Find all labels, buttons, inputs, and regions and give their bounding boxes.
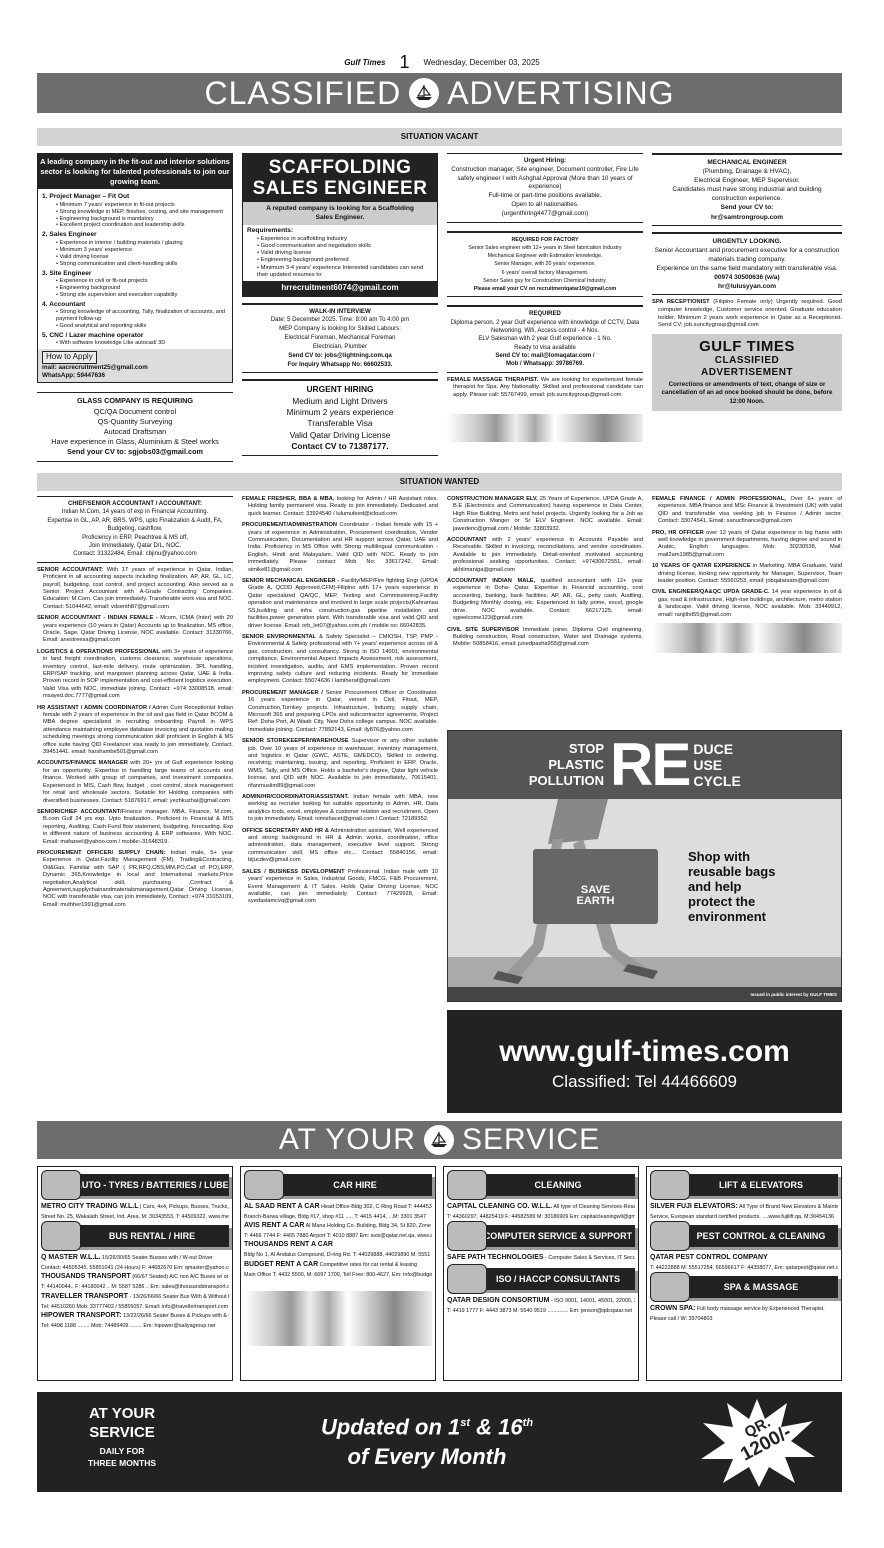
walkin-inquiry: For Inquiry Whatsapp No: 66602533. — [244, 361, 436, 370]
listing-detail: T: 44222888 M: 55517254, 66596617 F: 443… — [650, 1265, 838, 1271]
service-header: BUS RENTAL / HIRE — [41, 1221, 229, 1251]
glass-company-ad: GLASS COMPANY IS REQUIRING QC/QA Documen… — [37, 392, 233, 461]
service-listing-line: THOUSANDS TRANSPORT (66/67 Seated) A/C n… — [41, 1272, 229, 1283]
role-point: • Strong knowledge of accounting, Tally,… — [42, 309, 228, 323]
service-listing-line: TRAVELLER TRANSPORT - 13/26/66/66 Seater… — [41, 1292, 229, 1303]
classified-ad: HR ASSISTANT / ADMIN COORDINATOR / Admin… — [37, 705, 233, 757]
walkin-line: MEP Company is looking for Skilled Labou… — [244, 325, 436, 334]
service-listing-line: Branch-Barwa village, Bldg #17, shop #11… — [244, 1213, 432, 1221]
listing-detail: T: 44360297, 44825419 F: 44582589 M: 301… — [447, 1214, 635, 1220]
scaffolding-points: • Experience in scaffolding industry• Go… — [247, 236, 433, 279]
dhow-boat-icon — [409, 78, 439, 108]
mech-title: MECHANICAL ENGINEER — [654, 158, 840, 167]
looking-phone: 00974 30500636 (w/a) — [654, 273, 840, 282]
classified-ad: ACCOUNTANT with 2 years' experience in A… — [447, 537, 643, 574]
decorative-gradient — [244, 1291, 432, 1346]
pest-control-icon — [650, 1221, 690, 1251]
service-category: CAR HIREAL SAAD RENT A CAR Head Office-B… — [244, 1170, 432, 1279]
ad-lead: LOGISTICS & OPERATIONS PROFESSIONAL — [37, 649, 160, 655]
bag-line: EARTH — [533, 896, 658, 907]
service-listing-line: Contact: 44505345, 55851041 (24 Hours) F… — [41, 1264, 229, 1272]
service-listing-line: T: 44360297, 44825419 F: 44582589 M: 301… — [447, 1213, 635, 1221]
listing-detail: All type of Cleaning Services-Reasonable… — [552, 1204, 635, 1210]
role-title: 4. Accountant — [42, 301, 228, 309]
listing-detail: All Type of Brand New Elevators & Mainte… — [738, 1204, 838, 1210]
promo-tagline: Shop with reusable bags and help protect… — [688, 849, 775, 924]
service-listing-line: HIPOWER TRANSPORT: 13/22/26/66 Seater Bu… — [41, 1311, 229, 1322]
car-icon — [244, 1170, 284, 1200]
service-category: SPA & MASSAGECROWN SPA: Full body massag… — [650, 1272, 838, 1323]
classified-ad: SENIOR ENVIRONMENTAL & Safety Specialist… — [242, 634, 438, 686]
listing-detail: Tel: 4498 1188 ........ Mob: 74489409 ..… — [41, 1323, 215, 1329]
promo-line: POLLUTION — [448, 773, 604, 789]
ad-lead: ACCOUNTS/FINANCE MANAGER — [37, 760, 128, 766]
role-point: • Experience in civil or fit-out project… — [42, 278, 228, 285]
glass-line: Autocad Draftsman — [39, 427, 231, 437]
service-header: COMPUTER SERVICE & SUPPORT — [447, 1221, 635, 1251]
role-point: • Experience in interior / building mate… — [42, 240, 228, 247]
classified-ad: PROCUREMENT OFFICER/ SUPPLY CHAIN: India… — [37, 850, 233, 909]
service-listing-line: Tel: 44510260 Mob: 33777402 / 55855057. … — [41, 1303, 229, 1311]
ad-body: Indian male, 5+ year Experience in Qatar… — [43, 850, 233, 908]
service-listing-line: Q MASTER W.L.L. 15/26/30/65 Seater Busse… — [41, 1253, 229, 1264]
ad-body: Facility/MEP/Fire fighting Engr (UPDA Gr… — [248, 578, 438, 628]
notice-title: GULF TIMES — [656, 339, 838, 355]
footer-left: AT YOUR SERVICE DAILY FOR THREE MONTHS — [67, 1404, 177, 1469]
drivers-line: Medium and Light Drivers — [244, 396, 436, 407]
wanted-col1-list: SENIOR ACCOUNTANT: With 17 years of expe… — [37, 567, 233, 909]
service-title: ISO / HACCP CONSULTANTS — [481, 1268, 635, 1290]
urgent-email[interactable]: (urgenthiring4477@gmail.com) — [449, 210, 641, 219]
requirements-label: Requirements: — [247, 227, 293, 234]
classified-ad: CONSTRUCTION MANAGER ELV, 25 Years of Ex… — [447, 496, 643, 533]
update-sup: th — [523, 1417, 533, 1429]
scaffolding-sub: A reputed company is looking for a Scaff… — [243, 202, 437, 225]
ad-lead: PROCUREMENT/ADMINISTRATION — [242, 522, 337, 528]
classified-ad: PROCUREMENT/ADMINISTRATION Coordinator -… — [242, 522, 438, 574]
fitout-apply: How to Apply mail: aacrecruitment25@gmai… — [38, 349, 232, 382]
service-listing-line: CROWN SPA: Full body massage service by … — [650, 1304, 838, 1315]
required-line: Ready to visa available — [449, 344, 641, 352]
required-mob: Mob / Whatsapp: 39786769. — [449, 360, 641, 368]
wanted-col-3: CONSTRUCTION MANAGER ELV, 25 Years of Ex… — [447, 496, 643, 653]
role-point: • With software knowledge Like autocad/ … — [42, 340, 228, 347]
classified-phone: Classified: Tel 44466609 — [447, 1072, 842, 1092]
promo-line: DUCE — [693, 741, 740, 757]
company-name: AL SAAD RENT A CAR — [244, 1203, 320, 1210]
service-listing-line: QATAR PEST CONTROL COMPANY — [650, 1253, 838, 1264]
drivers-title: URGENT HIRING — [244, 384, 436, 395]
urgently-looking-ad: URGENTLY LOOKING. Senior Accountant and … — [652, 232, 842, 295]
listing-detail: T: 44140044.. F: 44180042 .. M: 5587 528… — [41, 1284, 229, 1290]
boxed-title: CHIEF/SENIOR ACCOUNTANT / ACCOUNTANT: — [39, 500, 231, 508]
vacant-col-3: Urgent Hiring: Construction manager, Sit… — [447, 153, 643, 442]
ad-lead: SENIOR ACCOUNTANT - INDIAN FEMALE - — [37, 615, 158, 621]
bus-icon — [41, 1221, 81, 1251]
mech-line: (Plumbing, Drainage & HVAC), — [654, 167, 840, 176]
massage-therapist-ad: FEMALE MASSAGE THERAPIST. We are looking… — [447, 377, 643, 400]
elevator-icon — [650, 1170, 690, 1200]
company-name: BUDGET RENT A CAR — [244, 1261, 318, 1268]
banner-right: SERVICE — [462, 1123, 600, 1157]
requirement-point: • Engineering background preferred — [247, 257, 433, 264]
ad-lead: FEMALE MASSAGE THERAPIST. — [447, 377, 538, 383]
footer-update-note: Updated on 1st & 16th of Every Month — [307, 1408, 547, 1472]
role-title: 2. Sales Engineer — [42, 231, 228, 239]
company-name: HIPOWER TRANSPORT: — [41, 1312, 122, 1319]
mech-email[interactable]: hr@samtrongroup.com — [654, 213, 840, 222]
glass-cv[interactable]: Send your CV to: sgjobs03@gmail.com — [39, 447, 231, 457]
boxed-contact[interactable]: Contact: 31322484, Email: cbjinu@yahoo.c… — [39, 550, 231, 558]
ad-lead: ACCOUNTANT INDIAN MALE, — [447, 578, 535, 584]
classified-ad: OFFICE SECRETARY AND HR & Administration… — [242, 828, 438, 865]
ad-body: Senior Procurement Officer or Coordinato… — [248, 690, 438, 733]
service-listing-line: SILVER FUJI ELEVATORS: All Type of Brand… — [650, 1202, 838, 1213]
ad-lead: SENIOR STOREKEEPER/WAREHOUSE — [242, 738, 349, 744]
service-title: CAR HIRE — [278, 1174, 432, 1196]
section-situation-wanted: SITUATION WANTED — [37, 473, 842, 491]
classified-ad: CIVIL SITE SUPERVISOR Immediate joiner. … — [447, 627, 643, 649]
company-name: AVIS RENT A CAR — [244, 1222, 304, 1229]
tagline-line: reusable bags — [688, 864, 775, 879]
company-name: SAFE PATH TECHNOLOGIES — [447, 1254, 544, 1261]
looking-title: URGENTLY LOOKING. — [654, 237, 840, 246]
required-line: Diploma person, 2 year Gulf experience w… — [449, 319, 641, 336]
role-point: • Strong knowledge in MEP, finishes, cos… — [42, 209, 228, 216]
glass-line: Have experience in Glass, Aluminium & St… — [39, 437, 231, 447]
walkin-cv[interactable]: Send CV to: jobs@lightning.com.qa — [244, 352, 436, 361]
promo-header: STOP PLASTIC POLLUTION RE DUCE USE CYCLE — [448, 731, 841, 799]
service-listing-line: THOUSANDS RENT A CAR — [244, 1240, 432, 1251]
company-name: CROWN SPA: — [650, 1305, 695, 1312]
service-header: CLEANING — [447, 1170, 635, 1200]
ad-lead: SALES / BUSINESS DEVELOPMENT — [242, 869, 345, 875]
spa-icon — [650, 1272, 690, 1302]
ad-body: qualified accountant with 12+ year exper… — [453, 578, 643, 621]
ad-lead: 10 YEARS OF QATAR EXPERIENCE — [652, 563, 751, 569]
company-name: QATAR PEST CONTROL COMPANY — [650, 1254, 768, 1261]
wanted-col2-list: FEMALE FRESHER, BBA & MBA, looking for A… — [242, 496, 438, 906]
at-your-service-banner: AT YOUR SERVICE — [37, 1121, 842, 1159]
service-category: AUTO - TYRES / BATTERIES / LUBE - CHANGI… — [41, 1170, 229, 1221]
classified-ad: SENIOR ACCOUNTANT: With 17 years of expe… — [37, 567, 233, 611]
factory-line: 6 years' overall factory Management. — [449, 269, 641, 277]
fitout-roles: 1. Project Manager – Fit Out• Minimum 7 … — [38, 189, 232, 349]
service-listing-line: T: 44140044.. F: 44180042 .. M: 5587 528… — [41, 1283, 229, 1291]
wanted-col-2: FEMALE FRESHER, BBA & MBA, looking for A… — [242, 496, 438, 910]
ad-lead: ACCOUNTANT — [447, 537, 487, 543]
ad-lead: PRO, HR OFFICER — [652, 530, 704, 536]
ad-lead: CIVIL SITE SUPERVISOR — [447, 627, 519, 633]
service-header: SPA & MASSAGE — [650, 1272, 838, 1302]
service-title: AUTO - TYRES / BATTERIES / LUBE - CHANGI… — [75, 1174, 229, 1196]
classified-ad: SENIOR/CHIEF ACCOUNTANT/Finance manager.… — [37, 809, 233, 846]
role-point: • Good analytical and reporting skills — [42, 323, 228, 330]
ad-body: & Safety Specialist – CMIOSH, TSP, PMP -… — [248, 634, 438, 684]
role-point: • Strong site supervision and execution … — [42, 292, 228, 299]
computer-icon — [447, 1221, 487, 1251]
drivers-line: Minimum 2 years experience — [244, 407, 436, 418]
mech-line: Electrical Engineer, MEP Supervisor. — [654, 176, 840, 185]
walkin-line: Electrical Foreman, Mechanical Foreman — [244, 334, 436, 343]
vacant-col-4: MECHANICAL ENGINEER (Plumbing, Drainage … — [652, 153, 842, 411]
factory-cv[interactable]: Please email your CV on recruitmentqatar… — [449, 285, 641, 293]
banner-right: ADVERTISING — [447, 75, 674, 112]
listing-detail: | Cars, 4x4, Pickups, Busses, Trucks, Fo… — [138, 1204, 229, 1210]
listing-detail: Bldg No 1, Al Andalus Compound, D-ring R… — [244, 1252, 432, 1258]
scaffolding-title-2: SALES ENGINEER — [243, 178, 437, 199]
factory-line: Senior Manager, with 20 years' experienc… — [449, 260, 641, 268]
ad-lead: PROCUREMENT MANAGER / — [242, 690, 323, 696]
re-letters: RE — [610, 735, 689, 795]
service-category: PEST CONTROL & CLEANINGQATAR PEST CONTRO… — [650, 1221, 838, 1272]
glass-line: QS-Quantity Surveying — [39, 417, 231, 427]
listing-detail: Main Office T: 4432 5500, M: 6697 1700, … — [244, 1272, 432, 1278]
website-banner: www.gulf-times.com Classified: Tel 44466… — [447, 1010, 842, 1113]
ad-lead: FEMALE FRESHER, BBA & MBA, — [242, 496, 334, 502]
section-situation-vacant: SITUATION VACANT — [37, 128, 842, 146]
role-point: • Engineering background — [42, 285, 228, 292]
notice-sub1: CLASSIFIED — [656, 355, 838, 367]
cleaning-icon — [447, 1170, 487, 1200]
glass-title: GLASS COMPANY IS REQUIRING — [39, 396, 231, 406]
service-listing-line: Service, European standard certified pro… — [650, 1213, 838, 1221]
listing-detail: 15/26/30/65 Seater Busses with / W-out D… — [101, 1255, 213, 1261]
listing-detail: T: 4466 7744 F: 4465 7880 Airport T: 401… — [244, 1233, 432, 1239]
factory-line: Senior Sales engineer with 12+ years in … — [449, 244, 641, 252]
promo-line: USE — [693, 757, 740, 773]
ad-lead: SENIOR/CHIEF ACCOUNTANT/ — [37, 809, 122, 815]
service-title: CLEANING — [481, 1174, 635, 1196]
service-header: AUTO - TYRES / BATTERIES / LUBE - CHANGI… — [41, 1170, 229, 1200]
listing-detail: Al Mana Holding Co. Building, Bldg 34, S… — [304, 1223, 432, 1229]
service-category: BUS RENTAL / HIREQ MASTER W.L.L. 15/26/3… — [41, 1221, 229, 1330]
role-point: • Valid driving license — [42, 254, 228, 261]
tagline-line: and help — [688, 879, 775, 894]
factory-line: Senior Sales guy for Construction Chemic… — [449, 277, 641, 285]
listing-detail: 13/22/26/66 Seater Buses & Pickups with … — [122, 1313, 230, 1319]
service-title: COMPUTER SERVICE & SUPPORT — [481, 1225, 635, 1247]
service-header: ISO / HACCP CONSULTANTS — [447, 1264, 635, 1294]
urgent-title: Urgent Hiring: — [449, 157, 641, 166]
company-name: QATAR DESIGN CONSORTIUM — [447, 1297, 549, 1304]
classified-banner: CLASSIFIED ADVERTISING — [37, 73, 842, 113]
decorative-gradient — [447, 414, 643, 442]
company-name: CAPITAL CLEANING CO. W.L.L. — [447, 1203, 552, 1210]
role-point: • Minimum 3 years' experience — [42, 247, 228, 254]
mech-line: Candidates must have strong industrial a… — [654, 185, 840, 203]
walkin-line: Electrician, Plumber — [244, 343, 436, 352]
service-header: CAR HIRE — [244, 1170, 432, 1200]
service-listing-line: METRO CITY TRADING W.L.L | Cars, 4x4, Pi… — [41, 1202, 229, 1213]
service-title: LIFT & ELEVATORS — [684, 1174, 838, 1196]
promo-line: STOP — [448, 741, 604, 757]
looking-line: Experience on the same field mandatory w… — [654, 264, 840, 273]
role-point: • Strong communication and client-handli… — [42, 261, 228, 268]
service-listing-line: BUDGET RENT A CAR Competitive rates for … — [244, 1260, 432, 1271]
page-folio: Gulf Times 1 Wednesday, December 03, 202… — [0, 52, 884, 73]
ad-lead: FEMALE FINANCE / ADMIN PROFESSIONAL, — [652, 496, 786, 502]
service-listing-line: T: 4466 7744 F: 4465 7880 Airport T: 401… — [244, 1232, 432, 1240]
service-listing-line: CAPITAL CLEANING CO. W.L.L. All type of … — [447, 1202, 635, 1213]
factory-ad: REQUIRED FOR FACTORY Senior Sales engine… — [447, 231, 643, 297]
ad-lead: SENIOR ENVIRONMENTAL — [242, 634, 316, 640]
vacant-col-1: A leading company in the fit-out and int… — [37, 153, 233, 462]
ad-body: Coordinator - Indian female with 15 + ye… — [248, 522, 438, 572]
save-earth-bag: SAVE EARTH — [533, 849, 658, 924]
urgent-hiring-ad: Urgent Hiring: Construction manager, Sit… — [447, 153, 643, 223]
listing-detail: T: 4419 1777 F: 4443 3873 M: 5540 9519 .… — [447, 1308, 632, 1314]
urgent-line: Open to all nationalities. — [449, 201, 641, 210]
vacant-col-2: SCAFFOLDING SALES ENGINEER A reputed com… — [242, 153, 438, 456]
promo-credit: Issued in public interest by GULF TIMES — [448, 987, 841, 1001]
scaffolding-ad: SCAFFOLDING SALES ENGINEER A reputed com… — [242, 153, 438, 297]
update-text: Updated on 1 — [321, 1414, 460, 1439]
wanted-col4-list: FEMALE FINANCE / ADMIN PROFESSIONAL, Ove… — [652, 496, 842, 619]
service-listing-line: Please call / W: 39704803 — [650, 1315, 838, 1323]
service-listing-line: T: 4419 1777 F: 4443 3873 M: 5540 9519 .… — [447, 1307, 635, 1315]
glass-line: QC/QA Document control — [39, 407, 231, 417]
boxed-line: Indian M.Com, 14 years of exp in Financi… — [39, 508, 231, 516]
ad-lead: HR ASSISTANT / ADMIN COORDINATOR / — [37, 705, 151, 711]
boxed-line: Expertise in GL, AP, AR, BRS, WPS, upto … — [39, 517, 231, 534]
mech-send: Send your CV to: — [654, 203, 840, 212]
requirement-point: • Minimum 3-4 years' experience Interest… — [247, 265, 433, 279]
service-listing-line: Bldg No 1, Al Andalus Compound, D-ring R… — [244, 1251, 432, 1259]
company-name: THOUSANDS RENT A CAR — [244, 1241, 333, 1248]
looking-email[interactable]: hr@lulusyyan.com — [654, 282, 840, 291]
page-number: 1 — [399, 52, 409, 73]
tagline-line: protect the — [688, 894, 775, 909]
classified-ad: FEMALE FINANCE / ADMIN PROFESSIONAL, Ove… — [652, 496, 842, 526]
listing-detail: Full body massage service by Experienced… — [695, 1306, 824, 1312]
service-listing-line: T: 44222888 M: 55517254, 66596617 F: 443… — [650, 1264, 838, 1272]
classified-ad: PRO, HR OFFICER over 12 years of Qatar e… — [652, 530, 842, 560]
how-to-apply-label: How to Apply — [42, 351, 97, 364]
service-title: PEST CONTROL & CLEANING — [684, 1225, 838, 1247]
service-category: LIFT & ELEVATORSSILVER FUJI ELEVATORS: A… — [650, 1170, 838, 1221]
company-name: Q MASTER W.L.L. — [41, 1254, 101, 1261]
listing-detail: - 13/26/66/66 Seater Bus With & Without … — [128, 1294, 229, 1300]
wanted-col-4: FEMALE FINANCE / ADMIN PROFESSIONAL, Ove… — [652, 496, 842, 653]
urgent-line: Construction manager, Site engineer, Doc… — [449, 166, 641, 192]
fitout-heading: A leading company in the fit-out and int… — [38, 154, 232, 189]
service-col-2: CAR HIREAL SAAD RENT A CAR Head Office-B… — [240, 1166, 436, 1381]
required-line: ELV Salesman with 2 year Gulf experience… — [449, 335, 641, 343]
service-footer-banner: AT YOUR SERVICE DAILY FOR THREE MONTHS U… — [37, 1392, 842, 1492]
service-category: ISO / HACCP CONSULTANTSQATAR DESIGN CONS… — [447, 1264, 635, 1315]
boxed-line: Proficiency in ERP, Peachtree & MS off, — [39, 534, 231, 542]
classified-ad: ADMIN/HR/COORDINATOR/ASSISTANT. Indian f… — [242, 794, 438, 824]
walkin-interview-ad: WALK-IN INTERVIEW Date: 5 December 2025.… — [242, 303, 438, 374]
drivers-line: Transferable Visa — [244, 418, 436, 429]
classified-ad: SALES / BUSINESS DEVELOPMENT Professiona… — [242, 869, 438, 906]
listing-detail: - Computer Sales & Services, IT Security… — [544, 1255, 635, 1261]
listing-detail: Branch-Barwa village, Bldg #17, shop #11… — [244, 1214, 426, 1220]
ad-lead: SENIOR ACCOUNTANT: — [37, 567, 103, 573]
listing-detail: Head Office-Bldg 302, C-Ring Road T: 444… — [320, 1204, 432, 1210]
ad-body: Admin Cum Receptionist Indian female wit… — [43, 705, 233, 755]
footer-left-line: THREE MONTHS — [67, 1457, 177, 1469]
spa-receptionist-ad: SPA RECEPTIONIST (Filipino Female only) … — [652, 294, 842, 330]
promo-line: CYCLE — [693, 773, 740, 789]
service-listing-line: SAFE PATH TECHNOLOGIES - Computer Sales … — [447, 1253, 635, 1264]
walkin-line: Date: 5 December 2025. Time: 8:00 am To … — [244, 316, 436, 325]
listing-detail: (66/67 Seated) A/C non A/C Buses w/ or w… — [131, 1274, 229, 1280]
walkin-title: WALK-IN INTERVIEW — [244, 308, 436, 317]
classified-ad: ACCOUNTS/FINANCE MANAGER with 20+ yrs of… — [37, 760, 233, 804]
re-words: DUCE USE CYCLE — [693, 741, 740, 789]
ad-lead: OFFICE SECRETARY AND HR & — [242, 828, 329, 834]
service-col-4: LIFT & ELEVATORSSILVER FUJI ELEVATORS: A… — [646, 1166, 842, 1381]
boxed-line: Join Immediately, Qatar D/L, NOC. — [39, 542, 231, 550]
chief-accountant-ad: CHIEF/SENIOR ACCOUNTANT / ACCOUNTANT: In… — [37, 496, 233, 563]
service-listing-line: AVIS RENT A CAR Al Mana Holding Co. Buil… — [244, 1221, 432, 1232]
listing-detail: Contact: 44505345, 55851041 (24 Hours) F… — [41, 1265, 229, 1271]
ad-body: with 20+ yrs of Gulf experience looking … — [43, 760, 233, 803]
mechanical-engineer-ad: MECHANICAL ENGINEER (Plumbing, Drainage … — [652, 153, 842, 226]
service-header: LIFT & ELEVATORS — [650, 1170, 838, 1200]
listing-detail: Street No. 25, Wakalath Street, Ind. Are… — [41, 1214, 229, 1220]
scaffolding-title-1: SCAFFOLDING — [243, 157, 437, 178]
required-cv[interactable]: Send CV to: mail@lomaqatar.com / — [449, 352, 641, 360]
requirement-point: • Good communication and negotiation ski… — [247, 243, 433, 250]
service-header: PEST CONTROL & CLEANING — [650, 1221, 838, 1251]
dhow-boat-icon — [424, 1125, 454, 1155]
listing-detail: Competitive rates for car rental & leasi… — [318, 1262, 417, 1268]
classified-ad: PROCUREMENT MANAGER / Senior Procurement… — [242, 690, 438, 734]
ad-lead: PROCUREMENT OFFICER/ SUPPLY CHAIN: — [37, 850, 166, 856]
banner-left: AT YOUR — [279, 1123, 416, 1157]
service-listing-line: Street No. 25, Wakalath Street, Ind. Are… — [41, 1213, 229, 1221]
scaffolding-reqs: Requirements: • Experience in scaffoldin… — [243, 225, 437, 281]
scaffolding-email[interactable]: hrrecruitment6074@gmail.com — [243, 281, 437, 296]
role-title: 5. CNC / Lazer machine operator — [42, 332, 228, 340]
update-text: of Every Month — [307, 1442, 547, 1472]
listing-detail: Service, European standard certified pro… — [650, 1214, 834, 1220]
requirement-point: • Valid driving license — [247, 250, 433, 257]
scaffolding-title: SCAFFOLDING SALES ENGINEER — [243, 154, 437, 202]
ad-lead: SENIOR MECHANICAL ENGINEER - — [242, 578, 339, 584]
classified-ad: SENIOR ACCOUNTANT - INDIAN FEMALE - Mcom… — [37, 615, 233, 645]
service-col-3: CLEANINGCAPITAL CLEANING CO. W.L.L. All … — [443, 1166, 639, 1381]
fitout-mail[interactable]: mail: aacrecruitment25@gmail.com — [42, 364, 228, 372]
ad-lead: CIVIL ENGINEER/QA&QC UPDA GRADE-C. — [652, 589, 770, 595]
service-listing-line: Tel: 4498 1188 ........ Mob: 74489409 ..… — [41, 1322, 229, 1330]
ad-lead: ADMIN/HR/COORDINATOR/ASSISTANT. — [242, 794, 349, 800]
service-listing-line: QATAR DESIGN CONSORTIUM - ISO 9001, 1400… — [447, 1296, 635, 1307]
promo-line: PLASTIC — [448, 757, 604, 773]
ad-body: With 17 years of experience in Qatar. In… — [43, 567, 233, 610]
role-point: • Minimum 7 years' experience in fit-out… — [42, 202, 228, 209]
company-name: THOUSANDS TRANSPORT — [41, 1273, 131, 1280]
classified-ad: SENIOR STOREKEEPER/WAREHOUSE Supervisor … — [242, 738, 438, 790]
wanted-col-1: CHIEF/SENIOR ACCOUNTANT / ACCOUNTANT: In… — [37, 496, 233, 913]
role-point: • Excellent project coordination and lea… — [42, 222, 228, 229]
listing-detail: Tel: 44510260 Mob: 33777402 / 55855057. … — [41, 1304, 228, 1310]
service-listing-line: Main Office T: 4432 5500, M: 6697 1700, … — [244, 1271, 432, 1279]
required-elv-ad: REQUIRED Diploma person, 2 year Gulf exp… — [447, 305, 643, 373]
website-url[interactable]: www.gulf-times.com — [447, 1036, 842, 1068]
urgent-drivers-ad: URGENT HIRING Medium and Light Drivers M… — [242, 379, 438, 456]
classified-ad: FEMALE FRESHER, BBA & MBA, looking for A… — [242, 496, 438, 518]
listing-detail: Please call / W: 39704803 — [650, 1316, 713, 1322]
footer-left-line: DAILY FOR — [67, 1445, 177, 1457]
required-title: REQUIRED — [449, 310, 641, 318]
drivers-line: Valid Qatar Driving License — [244, 430, 436, 441]
banner-left: CLASSIFIED — [204, 75, 401, 112]
fitout-whatsapp[interactable]: WhatsApp: 59447636 — [42, 372, 228, 380]
